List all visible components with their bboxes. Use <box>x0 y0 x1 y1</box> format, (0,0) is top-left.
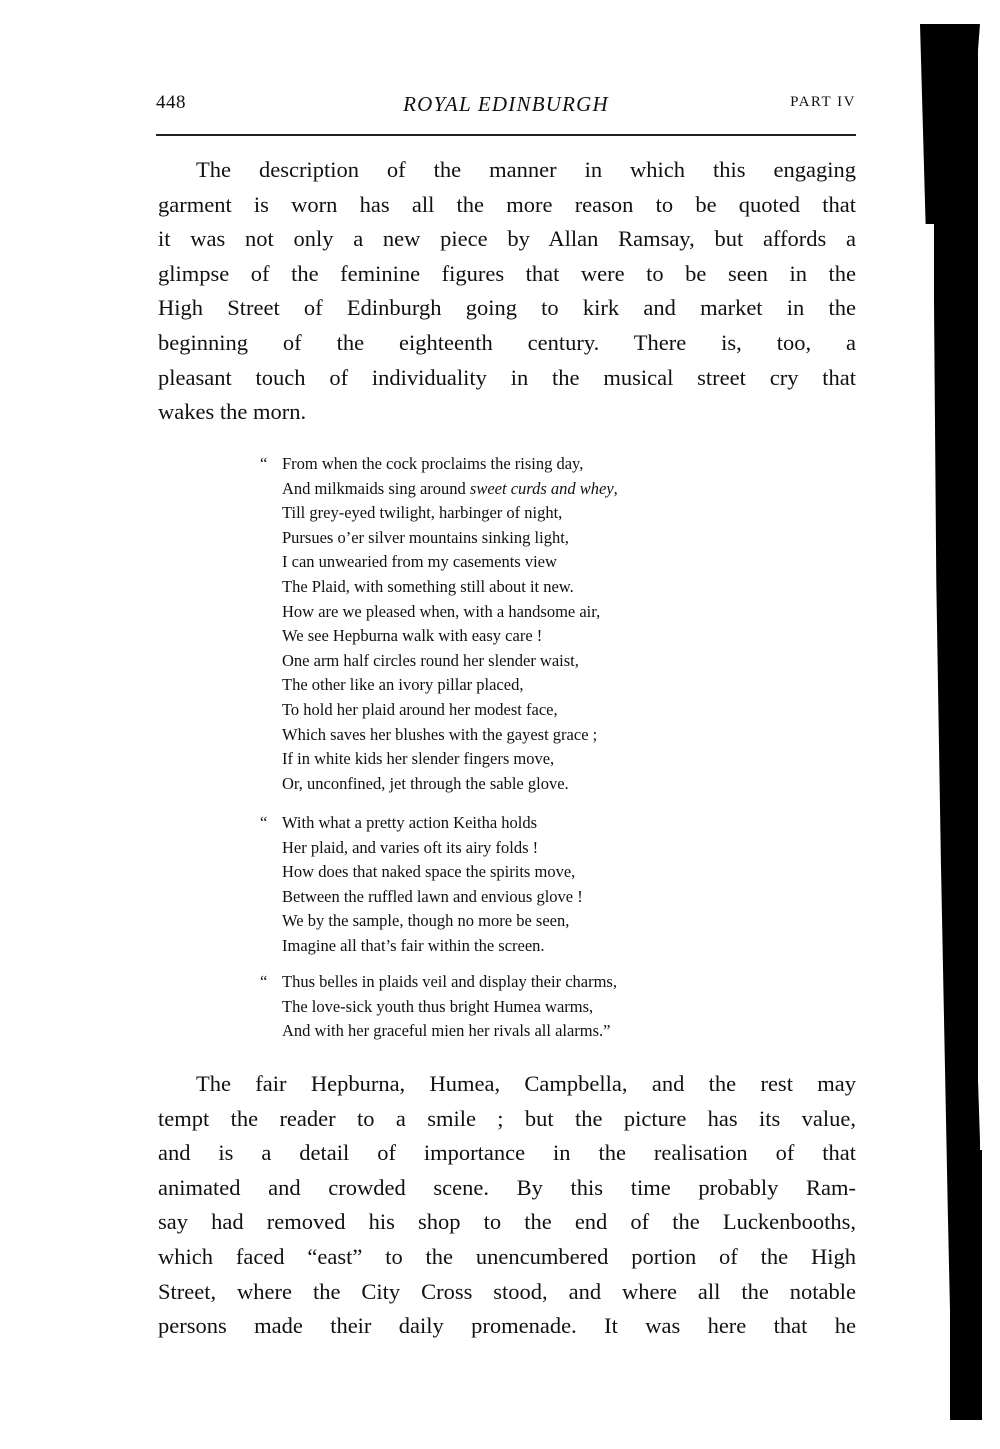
running-head: 448 ROYAL EDINBURGH PART IV <box>156 92 856 122</box>
header-rule <box>156 134 856 136</box>
verse-line: And with her graceful mien her rivals al… <box>258 1019 617 1044</box>
verse-line: Pursues o’er silver mountains sinking li… <box>258 526 618 551</box>
verse-line-text: With what a pretty action Keitha holds <box>282 813 537 832</box>
verse-line: How does that naked space the spirits mo… <box>258 860 583 885</box>
text-line: persons made their daily promenade. It w… <box>158 1309 856 1344</box>
text-line: and is a detail of importance in the rea… <box>158 1136 856 1171</box>
verse-line: One arm half circles round her slender w… <box>258 649 618 674</box>
text-line: pleasant touch of individuality in the m… <box>158 361 856 396</box>
text-line: it was not only a new piece by Allan Ram… <box>158 222 856 257</box>
text-line: The fair Hepburna, Humea, Campbella, and… <box>158 1067 856 1102</box>
scan-edge-shadow <box>952 1150 982 1420</box>
verse-line: To hold her plaid around her modest face… <box>258 698 618 723</box>
text-line: High Street of Edinburgh going to kirk a… <box>158 291 856 326</box>
text-line: garment is worn has all the more reason … <box>158 188 856 223</box>
verse-line-text: And milkmaids sing around <box>282 479 470 498</box>
verse-line: We by the sample, though no more be seen… <box>258 909 583 934</box>
verse-stanza-3: “Thus belles in plaids veil and display … <box>258 970 617 1044</box>
verse-line-suffix: , <box>614 479 618 498</box>
book-page: 448 ROYAL EDINBURGH PART IV The descript… <box>0 0 1000 1449</box>
text-line: say had removed his shop to the end of t… <box>158 1205 856 1240</box>
verse-line: We see Hepburna walk with easy care ! <box>258 624 618 649</box>
verse-line: “From when the cock proclaims the rising… <box>258 452 618 477</box>
verse-line: “With what a pretty action Keitha holds <box>258 811 583 836</box>
italic-phrase: sweet curds and whey <box>470 479 614 498</box>
open-quote: “ <box>260 452 267 477</box>
verse-line: The Plaid, with something still about it… <box>258 575 618 600</box>
verse-line-text: Thus belles in plaids veil and display t… <box>282 972 617 991</box>
text-line: glimpse of the feminine figures that wer… <box>158 257 856 292</box>
verse-line: The love-sick youth thus bright Humea wa… <box>258 995 617 1020</box>
text-line: The description of the manner in which t… <box>158 153 856 188</box>
verse-line: How are we pleased when, with a handsome… <box>258 600 618 625</box>
paragraph-1: The description of the manner in which t… <box>158 153 856 430</box>
verse-line: Which saves her blushes with the gayest … <box>258 723 618 748</box>
verse-line: Imagine all that’s fair within the scree… <box>258 934 583 959</box>
book-title: ROYAL EDINBURGH <box>156 92 856 117</box>
text-line: wakes the morn. <box>158 395 856 430</box>
open-quote: “ <box>260 811 267 836</box>
verse-line: Her plaid, and varies oft its airy folds… <box>258 836 583 861</box>
text-line: Street, where the City Cross stood, and … <box>158 1275 856 1310</box>
verse-line-text: From when the cock proclaims the rising … <box>282 454 583 473</box>
text-line: animated and crowded scene. By this time… <box>158 1171 856 1206</box>
verse-stanza-2: “With what a pretty action Keitha holds … <box>258 811 583 959</box>
verse-line: Till grey-eyed twilight, harbinger of ni… <box>258 501 618 526</box>
verse-stanza-1: “From when the cock proclaims the rising… <box>258 452 618 796</box>
verse-line: And milkmaids sing around sweet curds an… <box>258 477 618 502</box>
paragraph-2: The fair Hepburna, Humea, Campbella, and… <box>158 1067 856 1344</box>
verse-line: The other like an ivory pillar placed, <box>258 673 618 698</box>
part-label: PART IV <box>790 94 856 111</box>
verse-line: Or, unconfined, jet through the sable gl… <box>258 772 618 797</box>
verse-line: Between the ruffled lawn and envious glo… <box>258 885 583 910</box>
text-line: tempt the reader to a smile ; but the pi… <box>158 1102 856 1137</box>
verse-line: “Thus belles in plaids veil and display … <box>258 970 617 995</box>
verse-line: I can unwearied from my casements view <box>258 550 618 575</box>
text-line: beginning of the eighteenth century. The… <box>158 326 856 361</box>
text-line: which faced “east” to the unencumbered p… <box>158 1240 856 1275</box>
verse-line: If in white kids her slender fingers mov… <box>258 747 618 772</box>
open-quote: “ <box>260 970 267 995</box>
